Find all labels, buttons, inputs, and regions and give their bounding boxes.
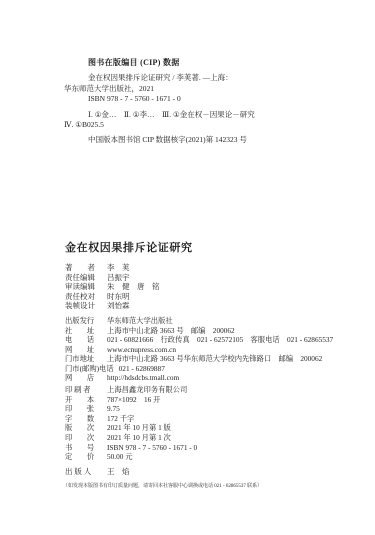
credits-block: 著 者 李 荚 责任编辑 吕振宇 审读编辑 朱 健 唐 铭 责任校对 时东明 装… bbox=[65, 262, 160, 310]
printing-label: 印 次 bbox=[65, 433, 102, 443]
credit-value: 刘怡霖 bbox=[107, 300, 130, 311]
cip-heading: 图书在版编目 (CIP) 数据 bbox=[88, 58, 354, 68]
publishing-label: 门市地址 bbox=[65, 354, 102, 364]
printing-value: 上海昌鑫龙印务有限公司 bbox=[107, 385, 187, 395]
publishing-row-store-address: 门市地址 上海市中山北路 3663 号华东师范大学校内先锋路口 邮编 20006… bbox=[65, 354, 333, 364]
cip-classification-line-1: Ⅰ. ①金… Ⅱ. ①李… Ⅲ. ①金在权－因果论－研究 bbox=[88, 110, 354, 120]
publisher-person-label: 出 版 人 bbox=[65, 466, 102, 477]
printing-value: 2021 年 10 月第 1 版 bbox=[107, 423, 171, 433]
printing-label: 版 次 bbox=[65, 423, 102, 433]
publishing-label: 网 店 bbox=[65, 373, 102, 383]
printing-row-edition: 版 次 2021 年 10 月第 1 版 bbox=[65, 423, 197, 433]
credit-row-author: 著 者 李 荚 bbox=[65, 262, 160, 272]
printing-row-sheets: 印 张 9.75 bbox=[65, 404, 197, 414]
printing-row-word-count: 字 数 172 千字 bbox=[65, 414, 197, 424]
publishing-block: 出版发行 华东师范大学出版社 社 址 上海市中山北路 3663 号 邮编 200… bbox=[65, 316, 333, 383]
printing-row-impression: 印 次 2021 年 10 月第 1 次 bbox=[65, 433, 197, 443]
publishing-value: 华东师范大学出版社 bbox=[107, 316, 173, 326]
printing-label: 印 刷 者 bbox=[65, 385, 102, 395]
publishing-row-address: 社 址 上海市中山北路 3663 号 邮编 200062 bbox=[65, 326, 333, 336]
publishing-label: 社 址 bbox=[65, 326, 102, 336]
publishing-value: http://hdsdcbs.tmall.com bbox=[107, 373, 179, 382]
printing-label: 字 数 bbox=[65, 414, 102, 424]
cip-isbn-line: ISBN 978 - 7 - 5760 - 1671 - 0 bbox=[88, 94, 354, 104]
credit-row-proofreader: 责任校对 时东明 bbox=[65, 291, 160, 301]
publishing-row-publisher: 出版发行 华东师范大学出版社 bbox=[65, 316, 333, 326]
credit-row-review-editors: 审读编辑 朱 健 唐 铭 bbox=[65, 281, 160, 291]
cip-record-line-1: 金在权因果排斥论证研究 / 李荚著. —上海： bbox=[88, 73, 354, 83]
printing-label: 定 价 bbox=[65, 452, 102, 462]
printing-row-isbn: 书 号 ISBN 978 - 7 - 5760 - 1671 - 0 bbox=[65, 443, 197, 453]
printing-value: 2021 年 10 月第 1 次 bbox=[107, 433, 171, 443]
publishing-label: 出版发行 bbox=[65, 316, 102, 326]
credit-row-editor: 责任编辑 吕振宇 bbox=[65, 272, 160, 282]
printing-label: 开 本 bbox=[65, 395, 102, 405]
publishing-label: 网 址 bbox=[65, 345, 102, 355]
printing-row-printer: 印 刷 者 上海昌鑫龙印务有限公司 bbox=[65, 385, 197, 395]
credit-row-designer: 装帧设计 刘怡霖 bbox=[65, 300, 160, 310]
publishing-value: 上海市中山北路 3663 号华东师范大学校内先锋路口 邮编 200062 bbox=[107, 354, 322, 364]
cip-registry-line: 中国版本图书馆 CIP 数据核字(2021)第 142323 号 bbox=[88, 135, 354, 145]
printing-block: 印 刷 者 上海昌鑫龙印务有限公司 开 本 787×1092 16 开 印 张 … bbox=[65, 385, 197, 462]
printing-row-price: 定 价 50.00 元 bbox=[65, 452, 197, 462]
publishing-row-website: 网 址 www.ecnupress.com.cn bbox=[65, 345, 333, 355]
book-title: 金在权因果排斥论证研究 bbox=[65, 239, 193, 255]
publishing-value: 021 - 62869887 bbox=[119, 364, 165, 373]
publishing-label: 电 话 bbox=[65, 335, 102, 345]
colophon-page: 图书在版编目 (CIP) 数据 金在权因果排斥论证研究 / 李荚著. —上海： … bbox=[0, 0, 375, 535]
cip-block: 图书在版编目 (CIP) 数据 金在权因果排斥论证研究 / 李荚著. —上海： … bbox=[64, 58, 354, 145]
publisher-person-block: 出 版 人 王 焰 bbox=[65, 466, 130, 477]
cip-record-line-2: 华东师范大学出版社，2021 bbox=[64, 84, 354, 94]
printing-label: 书 号 bbox=[65, 443, 102, 453]
publisher-person-value: 王 焰 bbox=[107, 466, 130, 477]
publishing-row-online-shop: 网 店 http://hdsdcbs.tmall.com bbox=[65, 373, 333, 383]
printing-value: ISBN 978 - 7 - 5760 - 1671 - 0 bbox=[107, 443, 197, 452]
publishing-row-store-phone: 门市(邮购)电话 021 - 62869887 bbox=[65, 364, 333, 374]
publishing-value: www.ecnupress.com.cn bbox=[107, 345, 176, 354]
printing-row-format: 开 本 787×1092 16 开 bbox=[65, 395, 197, 405]
printing-value: 50.00 元 bbox=[107, 452, 133, 462]
publishing-label: 门市(邮购)电话 bbox=[65, 364, 114, 374]
publishing-value: 021 - 60821666 行政传真 021 - 62572105 客服电话 … bbox=[107, 335, 333, 345]
quality-footnote: （如发现本版图书有印订质量问题，请寄回本社客服中心调换或电话 021 - 628… bbox=[63, 482, 313, 489]
credit-label: 装帧设计 bbox=[65, 300, 102, 311]
printing-label: 印 张 bbox=[65, 404, 102, 414]
printing-value: 787×1092 16 开 bbox=[107, 395, 160, 405]
publisher-person-row: 出 版 人 王 焰 bbox=[65, 466, 130, 477]
printing-value: 172 千字 bbox=[107, 414, 134, 424]
printing-value: 9.75 bbox=[107, 404, 120, 413]
cip-classification-line-2: Ⅳ. ①B025.5 bbox=[64, 120, 354, 130]
publishing-row-phone: 电 话 021 - 60821666 行政传真 021 - 62572105 客… bbox=[65, 335, 333, 345]
publishing-value: 上海市中山北路 3663 号 邮编 200062 bbox=[107, 326, 235, 336]
